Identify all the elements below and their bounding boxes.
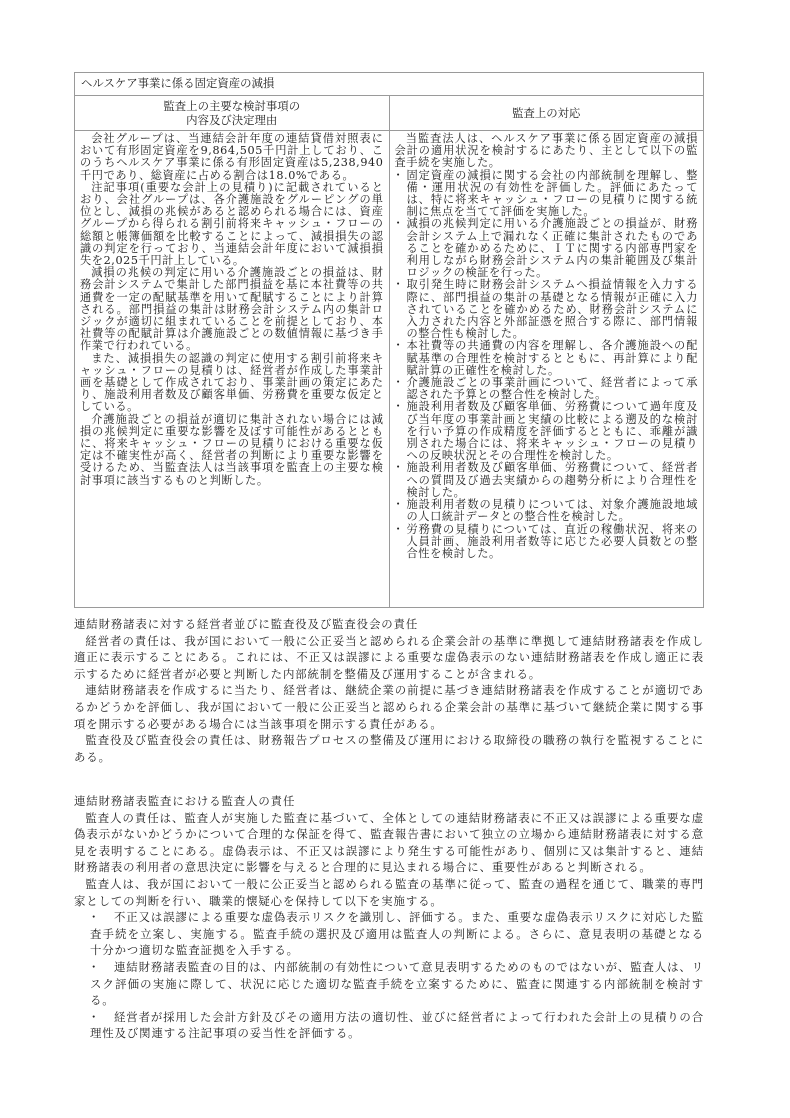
auditor-procedures-list: ・不正又は誤謬による重要な虚偽表示リスクを識別し、評価する。また、重要な虚偽表示… — [74, 909, 704, 1042]
section-paragraph: 監査人の責任は、監査人が実施した監査に基づいて、全体としての連結財務諸表に不正又… — [74, 810, 704, 876]
procedure-item: 取引発生時に財務会計システムへ損益情報を入力する際に、部門損益の集計の基礎となる… — [395, 279, 699, 340]
header-left-line1: 監査上の主要な検討事項の — [75, 99, 389, 113]
procedure-item: 減損の兆候判定に用いる介護施設ごとの損益が、財務会計システム上で漏れなく正確に集… — [395, 218, 699, 279]
section-paragraph: 経営者の責任は、我が国において一般に公正妥当と認められる企業会計の基準に準拠して… — [74, 633, 704, 683]
section-paragraph: 監査役及び監査役会の責任は、財務報告プロセスの整備及び運用における取締役の職務の… — [74, 732, 704, 765]
kam-description-cell: 会社グループは、当連結会計年度の連結貸借対照表において有形固定資産を9,864,… — [75, 131, 390, 608]
procedure-item: 労務費の見積りについては、直近の稼働状況、将来の人員計画、施設利用者数等に応じた… — [395, 524, 699, 561]
auditor-procedure-item: ・不正又は誤謬による重要な虚偽表示リスクを識別し、評価する。また、重要な虚偽表示… — [90, 909, 704, 959]
kam-paragraph: 会社グループは、当連結会計年度の連結貸借対照表において有形固定資産を9,864,… — [80, 133, 384, 182]
response-procedures-list: 固定資産の減損に関する会社の内部統制を理解し、整備・運用状況の有効性を評価した。… — [395, 170, 699, 561]
procedure-item: 本社費等の共通費の内容を理解し、各介護施設への配賦基準の合理性を検討するとともに… — [395, 340, 699, 377]
section-heading: 連結財務諸表に対する経営者並びに監査役及び監査役会の責任 — [74, 616, 704, 633]
procedure-item: 固定資産の減損に関する会社の内部統制を理解し、整備・運用状況の有効性を評価した。… — [395, 170, 699, 219]
response-intro: 当監査法人は、ヘルスケア事業に係る固定資産の減損会計の適用状況を検討するにあたり… — [395, 133, 699, 170]
kam-title: ヘルスケア事業に係る固定資産の減損 — [75, 73, 704, 96]
header-left-line2: 内容及び決定理由 — [75, 113, 389, 127]
section-paragraph: 連結財務諸表を作成するに当たり、経営者は、継続企業の前提に基づき連結財務諸表を作… — [74, 682, 704, 732]
auditor-responsibility-section: 連結財務諸表監査における監査人の責任 監査人の責任は、監査人が実施した監査に基づ… — [74, 793, 704, 1042]
section-heading: 連結財務諸表監査における監査人の責任 — [74, 793, 704, 810]
kam-table-container: ヘルスケア事業に係る固定資産の減損 監査上の主要な検討事項の 内容及び決定理由 … — [74, 72, 704, 608]
procedure-item: 施設利用者数及び顧客単価、労務費について、経営者への質問及び過去実績からの趨勢分… — [395, 462, 699, 499]
procedure-item: 施設利用者数及び顧客単価、労務費について過年度及び当年度の事業計画と実績の比較に… — [395, 401, 699, 462]
bullet-icon: ・ — [88, 909, 100, 926]
kam-paragraph: 介護施設ごとの損益が適切に集計されない場合には減損の兆候判定に重要な影響を及ぼす… — [80, 414, 384, 487]
procedure-item: 施設利用者数の見積りについては、対象介護施設地域の人口統計データとの整合性を検討… — [395, 499, 699, 523]
auditor-procedure-item: ・連結財務諸表監査の目的は、内部統制の有効性について意見表明するためのものではな… — [90, 959, 704, 1009]
auditor-procedure-item: ・経営者が採用した会計方針及びその適用方法の適切性、並びに経営者によって行われた… — [90, 1009, 704, 1042]
management-responsibility-section: 連結財務諸表に対する経営者並びに監査役及び監査役会の責任 経営者の責任は、我が国… — [74, 616, 704, 765]
key-audit-matter-table: ヘルスケア事業に係る固定資産の減損 監査上の主要な検討事項の 内容及び決定理由 … — [74, 72, 704, 608]
bullet-icon: ・ — [88, 959, 100, 976]
header-matter-and-reason: 監査上の主要な検討事項の 内容及び決定理由 — [75, 96, 390, 131]
kam-paragraph: 減損の兆候の判定に用いる介護施設ごとの損益は、財務会計システムで集計した部門損益… — [80, 267, 384, 352]
procedure-item: 介護施設ごとの事業計画について、経営者によって承認された予算との整合性を検討した… — [395, 377, 699, 401]
audit-response-cell: 当監査法人は、ヘルスケア事業に係る固定資産の減損会計の適用状況を検討するにあたり… — [389, 131, 704, 608]
section-paragraph: 監査人は、我が国において一般に公正妥当と認められる監査の基準に従って、監査の過程… — [74, 876, 704, 909]
kam-paragraph: 注記事項(重要な会計上の見積り)に記載されているとおり、会社グループは、各介護施… — [80, 182, 384, 267]
kam-paragraph: また、減損損失の認識の判定に使用する割引前将来キャッシュ・フローの見積りは、経営… — [80, 353, 384, 414]
header-audit-response: 監査上の対応 — [389, 96, 704, 131]
bullet-icon: ・ — [88, 1009, 100, 1026]
